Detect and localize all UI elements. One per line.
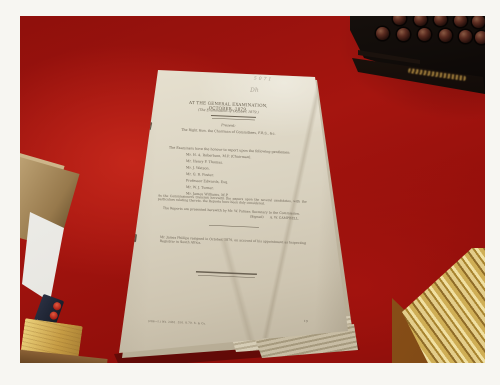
name-line: Mr. J. Watson. xyxy=(186,166,210,171)
binding-staple xyxy=(132,234,137,242)
spine-red-dot xyxy=(52,301,62,311)
heading-rule-thin xyxy=(212,118,255,120)
typewriter-key xyxy=(397,28,410,41)
spine-red-dot xyxy=(49,310,59,320)
typewriter-key xyxy=(439,29,452,42)
document-pamphlet: 5071 Dh AT THE GENERAL EXAMINATION, OCTO… xyxy=(108,58,360,363)
body-paragraph: As the Commissioners transmit herewith t… xyxy=(158,194,307,208)
divider-rule xyxy=(209,225,259,228)
typewriter-key xyxy=(475,31,485,44)
pencil-annotation-initials: Dh xyxy=(250,87,259,94)
document-front-page: 5071 Dh AT THE GENERAL EXAMINATION, OCTO… xyxy=(108,58,360,363)
signature-line: (Signed) A. W. CAMPBELL. xyxy=(250,215,299,221)
footnote-line: Mr. James Phillips resigned in October, … xyxy=(160,235,308,249)
page-number: 19 xyxy=(304,320,308,324)
end-rule-thin xyxy=(198,275,255,278)
typewriter-key xyxy=(459,30,472,43)
document-text-layer: 5071 Dh AT THE GENERAL EXAMINATION, OCTO… xyxy=(108,58,360,363)
binding-staple xyxy=(147,122,152,131)
pencil-annotation-number: 5071 xyxy=(254,76,274,83)
name-line: Mr. G. B. Foster. xyxy=(186,173,214,178)
photo-red-cloth-background: Sunlight 5071 Dh AT THE GENERAL EXAMINAT… xyxy=(20,16,485,363)
typewriter-key xyxy=(376,27,389,40)
name-line: Mr. W. J. Turner. xyxy=(186,186,214,191)
typewriter-key xyxy=(418,28,431,41)
name-line: Mr. Henry F. Thomas. xyxy=(186,160,223,165)
reports-line: The Reports are presented herewith by Mr… xyxy=(163,207,300,216)
name-line: Professor Edwards, Esq. xyxy=(186,179,228,185)
printer-imprint: (286—I.) Wt. 2461. 350. 8.79. S. & Co. xyxy=(148,320,206,326)
